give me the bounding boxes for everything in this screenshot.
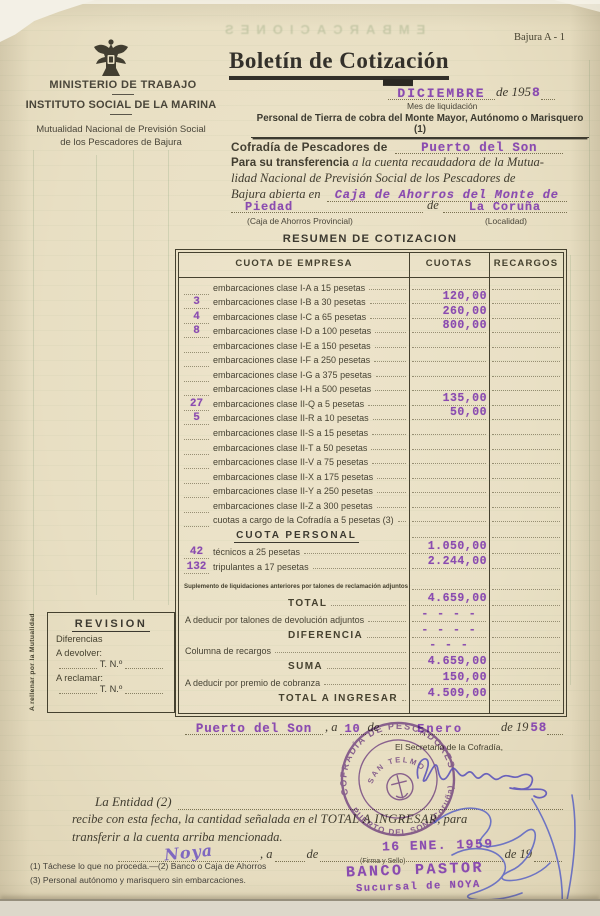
row-label-cell: 3embarcaciones clase I-B a 30 pesetas: [179, 294, 409, 307]
dotted-leader: [374, 361, 406, 362]
recargos-cell: [489, 541, 563, 557]
cuota-value: 135,00: [443, 392, 487, 405]
dotted-leader: [377, 478, 406, 479]
recargos-cell: [489, 322, 563, 337]
dotted-leader: [367, 637, 406, 638]
table-row: embarcaciones clase II-T a 50 pesetas: [179, 438, 563, 453]
row-label: técnicos a 25 pesetas: [213, 547, 300, 557]
entity-label: La Entidad (2): [95, 794, 172, 810]
table-row: embarcaciones clase I-G a 375 pesetas: [179, 365, 563, 380]
cuota-value: 120,00: [443, 290, 487, 303]
bank-caption: (Caja de Ahorros Provincial): [247, 216, 353, 226]
dotted-leader: [376, 376, 406, 377]
dotted-leader: [368, 405, 406, 406]
recargos-cell: [489, 380, 563, 395]
tn-label: T. N.º: [100, 659, 123, 669]
year-prefix: de 195: [496, 84, 531, 100]
cuotas-cell: [409, 453, 489, 468]
recargos-cell: [489, 307, 563, 322]
cuotas-cell: - - - -: [409, 625, 489, 641]
row-label-cell: TOTAL: [179, 598, 409, 609]
recargos-cell: [489, 572, 563, 593]
row-label-cell: 8embarcaciones clase I-D a 100 pesetas: [179, 323, 409, 336]
recargos-cell: [489, 656, 563, 672]
cuotas-cell: [409, 365, 489, 380]
ghost-rule: [570, 255, 571, 685]
revision-a-devolver: A devolver:: [56, 648, 166, 658]
footnote-2: (3) Personal autónomo y marisquero sin e…: [30, 875, 246, 885]
row-quantity: 42: [184, 546, 209, 559]
revision-tn-line: T. N.º: [56, 684, 166, 694]
row-label-cell: A deducir por talones de devolución adju…: [179, 615, 409, 625]
dotted-leader: [398, 521, 406, 522]
mutuality-title: Mutualidad Nacional de Previsión Social …: [22, 123, 220, 149]
dotted-leader: [375, 390, 406, 391]
row-quantity: 3: [184, 296, 209, 309]
row-label-cell: embarcaciones clase I-A a 15 pesetas: [179, 283, 409, 293]
table-row: TOTAL4.659,00: [179, 593, 563, 609]
cuotas-cell: 4.659,00: [409, 656, 489, 672]
table-row: embarcaciones clase II-Z a 300 pesetas: [179, 496, 563, 511]
row-quantity: 132: [184, 561, 209, 574]
cuotas-cell: [409, 496, 489, 511]
field-captions: (Caja de Ahorros Provincial) (Localidad): [231, 216, 567, 226]
row-label: embarcaciones clase I-C a 65 pesetas: [213, 312, 366, 322]
table-row: SUMA4.659,00: [179, 656, 563, 672]
table-row: 8embarcaciones clase I-D a 100 pesetas80…: [179, 322, 563, 337]
dotted-leader: [369, 289, 406, 290]
table-row: Suplemento de liquidaciones anteriores p…: [179, 572, 563, 593]
revision-a-reclamar: A reclamar:: [56, 673, 166, 683]
year-digit: 8: [532, 85, 541, 100]
cuotas-cell: [409, 438, 489, 453]
row-label: embarcaciones clase II-Y a 250 pesetas: [213, 486, 373, 496]
row-label-cell: 42técnicos a 25 pesetas: [179, 544, 409, 557]
dotted-blank: [125, 684, 163, 694]
cuotas-cell: 150,00: [409, 672, 489, 688]
dotted-leader: [373, 419, 406, 420]
dotted-blank: [59, 684, 97, 694]
row-label: cuotas a cargo de la Cofradía a 5 peseta…: [213, 515, 394, 525]
recargos-cell: [489, 293, 563, 308]
dotted-leader: [375, 332, 406, 333]
row-label: embarcaciones clase I-H a 500 pesetas: [213, 384, 371, 394]
recargos-cell: [489, 609, 563, 625]
resumen-title: RESUMEN DE COTIZACION: [178, 233, 562, 245]
row-quantity: 27: [184, 398, 209, 411]
row-label-cell: CUOTA PERSONAL: [179, 530, 409, 541]
recargos-cell: [489, 278, 563, 293]
cuota-value: 260,00: [443, 305, 487, 318]
locality-value: La Coruña: [469, 200, 541, 214]
personal-type-line: Personal de Tierra de cobra del Monte Ma…: [251, 113, 589, 138]
tn-label: T. N.º: [100, 684, 123, 694]
row-label: SUMA: [288, 661, 323, 672]
form-code: Bajura A - 1: [514, 32, 565, 43]
cuotas-cell: 800,00: [409, 322, 489, 337]
divider: [112, 94, 134, 95]
dotted-leader: [377, 507, 406, 508]
document-page: EMBARCACIONES Bajura A - 1 MINISTERIO DE…: [0, 0, 600, 916]
bank-value-2: Piedad: [245, 200, 293, 214]
dotted-leader: [372, 434, 406, 435]
row-label-cell: embarcaciones clase II-T a 50 pesetas: [179, 443, 409, 453]
de-label: de: [427, 198, 439, 213]
recargos-cell: [489, 688, 563, 704]
row-label-cell: DIFERENCIA: [179, 630, 409, 641]
table-row: embarcaciones clase II-Y a 250 pesetas: [179, 482, 563, 497]
cuota-value: 4.659,00: [428, 592, 487, 605]
de19-label: de 19: [501, 720, 528, 735]
row-label-cell: 132tripulantes a 17 pesetas: [179, 559, 409, 572]
locality-caption: (Localidad): [485, 216, 527, 226]
table-row: 42técnicos a 25 pesetas1.050,00: [179, 541, 563, 557]
table-row: 3embarcaciones clase I-B a 30 pesetas120…: [179, 293, 563, 308]
dotted-leader: [377, 492, 406, 493]
coat-of-arms-icon: [92, 38, 130, 80]
row-label: Columna de recargos: [185, 646, 271, 656]
dotted-leader: [275, 652, 406, 653]
row-label: embarcaciones clase II-T a 50 pesetas: [213, 443, 367, 453]
cofradia-line: Cofradía de Pescadores de Puerto del Son: [231, 138, 563, 154]
row-label: tripulantes a 17 pesetas: [213, 562, 309, 572]
table-row: A deducir por premio de cobranza150,00: [179, 672, 563, 688]
revision-tn-line: T. N.º: [56, 659, 166, 669]
torn-corner: [0, 0, 95, 42]
cuotas-cell: [409, 572, 489, 593]
table-rows: embarcaciones clase I-A a 15 pesetas3emb…: [179, 278, 563, 704]
row-label-cell: embarcaciones clase I-G a 375 pesetas: [179, 370, 409, 380]
table-row: embarcaciones clase II-X a 175 pesetas: [179, 467, 563, 482]
row-label-cell: embarcaciones clase I-F a 250 pesetas: [179, 355, 409, 365]
table-row: 5embarcaciones clase II-R a 10 pesetas50…: [179, 409, 563, 424]
cofradia-label: Cofradía de Pescadores de: [231, 140, 387, 154]
row-label-cell: embarcaciones clase I-H a 500 pesetas: [179, 384, 409, 394]
ghost-rule: [96, 155, 97, 595]
dotted-leader: [370, 303, 406, 304]
table-row: 4embarcaciones clase I-C a 65 pesetas260…: [179, 307, 563, 322]
recargos-cell: [489, 467, 563, 482]
row-label-cell: 5embarcaciones clase II-R a 10 pesetas: [179, 410, 409, 423]
row-quantity: 8: [184, 325, 209, 338]
row-quantity: [184, 381, 209, 382]
cuota-value: 150,00: [443, 671, 487, 684]
mutuality-line2: de los Pescadores de Bajura: [22, 136, 220, 149]
dotted-leader: [313, 568, 406, 569]
cuota-value: - - -: [409, 639, 489, 652]
dotted-blank: [59, 659, 97, 669]
para-l1: a la cuenta recaudadora de la Mutua-: [352, 155, 544, 169]
para-bold: Para su transferencia: [231, 156, 349, 169]
cuotas-cell: [409, 423, 489, 438]
recargos-cell: [489, 482, 563, 497]
bank-field2: Piedad: [231, 197, 423, 213]
section-title: CUOTA PERSONAL: [184, 530, 409, 541]
table-row: A deducir por talones de devolución adju…: [179, 609, 563, 625]
de-label2: de: [307, 847, 319, 862]
cofradia-field: Puerto del Son: [395, 138, 563, 154]
row-quantity: [184, 439, 209, 440]
row-label: embarcaciones clase I-B a 30 pesetas: [213, 297, 366, 307]
month-value: DICIEMBRE: [397, 86, 485, 101]
recargos-cell: [489, 641, 563, 657]
recargos-cell: [489, 351, 563, 366]
cofradia-value: Puerto del Son: [421, 141, 537, 155]
recargos-cell: [489, 511, 563, 526]
row-label-cell: embarcaciones clase II-V a 75 pesetas: [179, 457, 409, 467]
recargos-cell: [489, 557, 563, 573]
cuotas-cell: [409, 336, 489, 351]
recargos-cell: [489, 672, 563, 688]
month-caption: Mes de liquidación: [407, 101, 477, 111]
row-label: embarcaciones clase I-G a 375 pesetas: [213, 370, 372, 380]
dotted-leader: [304, 553, 406, 554]
para-l2: lidad Nacional de Previsión Social de lo…: [231, 171, 567, 186]
cuota-value: 50,00: [450, 406, 487, 419]
recargos-cell: [489, 438, 563, 453]
row-label: embarcaciones clase II-Z a 300 pesetas: [213, 501, 373, 511]
row-quantity: [184, 395, 209, 396]
liquidation-month-line: DICIEMBRE de 195 8: [388, 84, 562, 100]
table-row: cuotas a cargo de la Cofradía a 5 peseta…: [179, 511, 563, 526]
row-label-cell: Columna de recargos: [179, 646, 409, 656]
row-label: embarcaciones clase II-X a 175 pesetas: [213, 472, 373, 482]
year-value2: 58: [530, 721, 547, 735]
revision-diferencias: Diferencias: [56, 634, 166, 644]
row-label: embarcaciones clase II-S a 15 pesetas: [213, 428, 368, 438]
table-row: embarcaciones clase I-H a 500 pesetas: [179, 380, 563, 395]
table-row: CUOTA PERSONAL: [179, 525, 563, 541]
row-label: embarcaciones clase I-A a 15 pesetas: [213, 283, 365, 293]
row-label: embarcaciones clase II-V a 75 pesetas: [213, 457, 368, 467]
revision-side-label: A rellenar por la Mutualidad: [29, 612, 36, 713]
dotted-leader: [375, 347, 406, 348]
row-label-cell: embarcaciones clase II-Y a 250 pesetas: [179, 486, 409, 496]
cotization-table: CUOTA DE EMPRESA CUOTAS RECARGOS embarca…: [178, 252, 564, 714]
row-label-cell: embarcaciones clase II-Z a 300 pesetas: [179, 501, 409, 511]
row-label-cell: embarcaciones clase I-E a 150 pesetas: [179, 341, 409, 351]
row-label-cell: A deducir por premio de cobranza: [179, 678, 409, 688]
year-field2: [547, 719, 563, 735]
cuotas-cell: [409, 511, 489, 526]
table-row: embarcaciones clase I-A a 15 pesetas: [179, 278, 563, 293]
cuotas-cell: [409, 467, 489, 482]
page-title: Boletín de Cotización: [229, 48, 449, 78]
row-label: DIFERENCIA: [288, 630, 363, 641]
table-row: 27embarcaciones clase II-Q a 5 pesetas13…: [179, 394, 563, 409]
row-quantity: [184, 454, 209, 455]
locality-field: La Coruña: [443, 197, 567, 213]
row-quantity: [184, 512, 209, 513]
cuota-value: 4.659,00: [428, 655, 487, 668]
paper-edge-corner: [554, 0, 600, 12]
row-label: embarcaciones clase I-F a 250 pesetas: [213, 355, 370, 365]
row-label: Suplemento de liquidaciones anteriores p…: [184, 583, 408, 590]
dotted-leader: [368, 621, 406, 622]
place-value: Puerto del Son: [196, 722, 312, 736]
recargos-cell: [489, 423, 563, 438]
month-field: DICIEMBRE: [388, 84, 495, 100]
row-quantity: [184, 294, 209, 295]
dotted-leader: [372, 463, 406, 464]
dotted-leader: [327, 668, 406, 669]
dotted-leader: [370, 318, 406, 319]
row-quantity: 4: [184, 311, 209, 324]
recargos-cell: [489, 409, 563, 424]
table-row: embarcaciones clase II-V a 75 pesetas: [179, 453, 563, 468]
cuota-value: - - - -: [409, 608, 489, 621]
dotted-leader: [331, 605, 406, 606]
ghost-rule: [589, 60, 590, 800]
table-row: 132tripulantes a 17 pesetas2.244,00: [179, 557, 563, 573]
bank-line2: Piedad de La Coruña: [231, 197, 567, 213]
col-header-cuotas: CUOTAS: [409, 258, 489, 269]
table-row: embarcaciones clase I-E a 150 pesetas: [179, 336, 563, 351]
row-quantity: [184, 352, 209, 353]
row-label: embarcaciones clase II-R a 10 pesetas: [213, 413, 369, 423]
recargos-cell: [489, 525, 563, 541]
revision-box: A rellenar por la Mutualidad REVISION Di…: [28, 612, 175, 713]
table-row: embarcaciones clase I-F a 250 pesetas: [179, 351, 563, 366]
cuota-value: 1.050,00: [428, 540, 487, 553]
cuota-value: 2.244,00: [428, 555, 487, 568]
recargos-cell: [489, 593, 563, 609]
row-label-cell: SUMA: [179, 661, 409, 672]
cuotas-cell: [409, 351, 489, 366]
divider: [110, 114, 132, 115]
cuotas-cell: [409, 482, 489, 497]
footnote-1: (1) Táchese lo que no proceda.—(2) Banco…: [30, 861, 266, 871]
a-label2: , a: [260, 847, 273, 862]
entity-l2a: recibe con esta fecha, la cantidad señal…: [72, 812, 321, 826]
row-label: A deducir por premio de cobranza: [185, 678, 320, 688]
cuotas-cell: - - -: [409, 641, 489, 657]
transfer-paragraph: Para su transferencia a la cuenta recaud…: [231, 155, 567, 202]
bank-signature-scribble: [412, 793, 587, 913]
ink-smudge: [383, 79, 413, 86]
cuotas-cell: 50,00: [409, 409, 489, 424]
row-label: TOTAL A INGRESAR: [279, 693, 398, 704]
recargos-cell: [489, 394, 563, 409]
dotted-leader: [324, 684, 406, 685]
bank-place-field: Noya: [118, 846, 258, 862]
recargos-cell: [489, 336, 563, 351]
recargos-cell: [489, 496, 563, 511]
revision-inner-box: REVISION Diferencias A devolver: T. N.º …: [47, 612, 175, 713]
ministry-title: MINISTERIO DE TRABAJO: [28, 79, 218, 95]
cuota-value: - - - -: [409, 624, 489, 637]
row-label-cell: cuotas a cargo de la Cofradía a 5 peseta…: [179, 515, 409, 525]
row-label-cell: TOTAL A INGRESAR: [179, 693, 409, 704]
row-quantity: [184, 497, 209, 498]
ghost-reverse-title: EMBARCACIONES: [218, 22, 425, 37]
row-label: TOTAL: [288, 598, 327, 609]
entity-line3: transferir a la cuenta arriba mencionada…: [72, 830, 283, 845]
col-header-recargos: RECARGOS: [489, 258, 563, 269]
day-blank: [275, 846, 305, 862]
row-label: embarcaciones clase I-D a 100 pesetas: [213, 326, 371, 336]
ghost-rule: [133, 150, 134, 600]
mutuality-line1: Mutualidad Nacional de Previsión Social: [22, 123, 220, 136]
cuotas-cell: - - - -: [409, 609, 489, 625]
recargos-cell: [489, 365, 563, 380]
row-label: A deducir por talones de devolución adju…: [185, 615, 364, 625]
row-quantity: [184, 468, 209, 469]
row-quantity: [184, 483, 209, 484]
row-label-cell: 27embarcaciones clase II-Q a 5 pesetas: [179, 396, 409, 409]
table-row: embarcaciones clase II-S a 15 pesetas: [179, 423, 563, 438]
institute-title: INSTITUTO SOCIAL DE LA MARINA: [14, 99, 228, 115]
place-field: Puerto del Son: [185, 719, 323, 735]
row-quantity: [184, 366, 209, 367]
col-header-empresa: CUOTA DE EMPRESA: [179, 258, 409, 269]
recargos-cell: [489, 453, 563, 468]
row-label-cell: Suplemento de liquidaciones anteriores p…: [179, 583, 409, 593]
row-label: embarcaciones clase II-Q a 5 pesetas: [213, 399, 364, 409]
row-label: embarcaciones clase I-E a 150 pesetas: [213, 341, 371, 351]
table-row: Columna de recargos- - -: [179, 641, 563, 657]
table-row: DIFERENCIA- - - -: [179, 625, 563, 641]
dotted-blank: [125, 659, 163, 669]
row-label-cell: embarcaciones clase II-S a 15 pesetas: [179, 428, 409, 438]
cuotas-cell: 4.659,00: [409, 593, 489, 609]
row-label-cell: embarcaciones clase II-X a 175 pesetas: [179, 472, 409, 482]
cuotas-cell: 2.244,00: [409, 557, 489, 573]
cuota-value: 800,00: [443, 319, 487, 332]
year-field: [541, 84, 555, 100]
dotted-leader: [371, 449, 406, 450]
row-label-cell: 4embarcaciones clase I-C a 65 pesetas: [179, 309, 409, 322]
table-row: TOTAL A INGRESAR4.509,00: [179, 688, 563, 704]
row-quantity: 5: [184, 412, 209, 425]
paper-edge-bottom: [0, 899, 600, 916]
ghost-rule: [168, 150, 169, 605]
revision-title: REVISION: [56, 618, 166, 630]
row-quantity: [184, 526, 209, 527]
recargos-cell: [489, 625, 563, 641]
